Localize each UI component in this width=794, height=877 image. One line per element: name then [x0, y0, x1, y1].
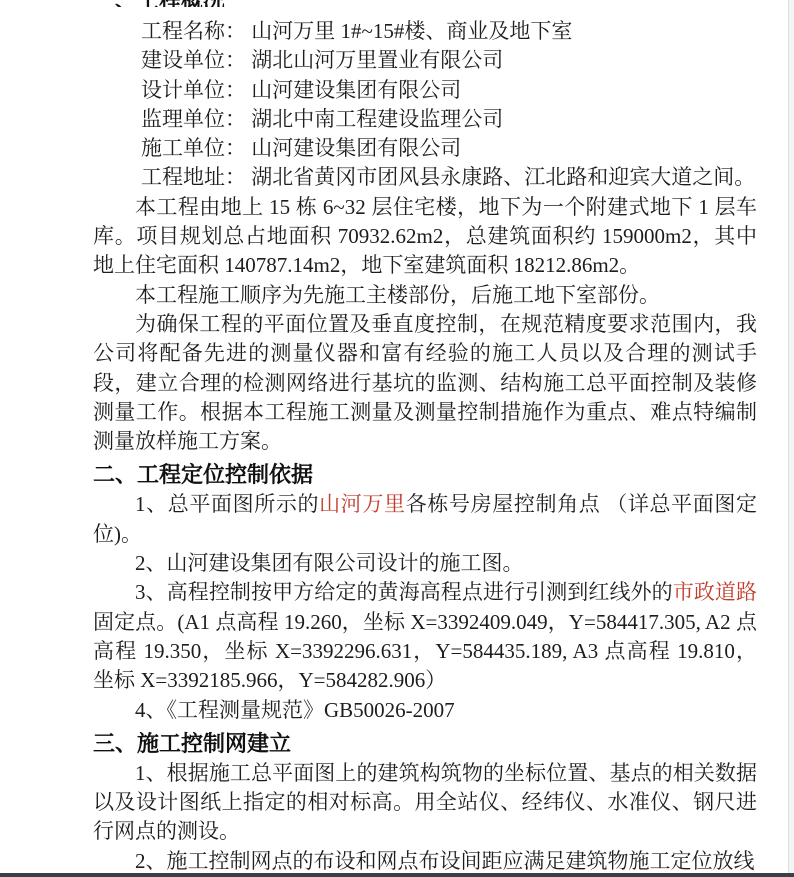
list-item: 2、山河建设集团有限公司设计的施工图。 — [93, 549, 757, 578]
list-item-text: 1、总平面图所示的 — [135, 492, 319, 516]
info-line-designer: 设计单位： 山河建设集团有限公司 — [93, 76, 757, 105]
list-item: 1、总平面图所示的山河万里各栋号房屋控制角点 （详总平面图定位)。 — [93, 490, 757, 549]
paragraph-measures: 为确保工程的平面位置及垂直度控制，在规范精度要求范围内，我公司将配备先进的测量仪… — [93, 310, 757, 456]
section-heading-overview: 一、工程概况 — [93, 0, 513, 7]
page-edge-line — [788, 0, 789, 877]
page-scan-edge — [789, 0, 794, 877]
red-emphasis-project: 山河万里 — [319, 492, 406, 516]
bottom-bar — [0, 873, 794, 877]
list-item-text: 3、高程控制按甲方给定的黄海高程点进行引测到红线外的 — [135, 580, 673, 604]
list-item: 1、根据施工总平面图上的建筑构筑物的坐标位置、基点的相关数据以及设计图纸上指定的… — [93, 759, 757, 847]
list-item: 4、《工程测量规范》GB50026-2007 — [93, 696, 757, 725]
document-page: 一、工程概况 工程名称： 山河万里 1#~15#楼、商业及地下室 建设单位： 湖… — [0, 0, 794, 877]
info-line-address: 工程地址： 湖北省黄冈市团风县永康路、江北路和迎宾大道之间。 — [93, 163, 757, 192]
section-heading-control-network: 三、施工控制网建立 — [93, 729, 757, 759]
section-heading-positioning-basis: 二、工程定位控制依据 — [93, 460, 757, 490]
info-line-contractor: 施工单位： 山河建设集团有限公司 — [93, 134, 757, 163]
list-item: 2、施工控制网点的布设和网点布设间距应满足建筑物施工定位放线 — [93, 847, 757, 876]
document-body: 工程名称： 山河万里 1#~15#楼、商业及地下室 建设单位： 湖北山河万里置业… — [93, 17, 757, 876]
info-line-supervisor: 监理单位： 湖北中南工程建设监理公司 — [93, 105, 757, 134]
list-item: 3、高程控制按甲方给定的黄海高程点进行引测到红线外的市政道路固定点。(A1 点高… — [93, 578, 757, 695]
paragraph-overview: 本工程由地上 15 栋 6~32 层住宅楼，地下为一个附建式地下 1 层车库。项… — [93, 193, 757, 281]
red-emphasis-road: 市政道路 — [673, 580, 757, 604]
cut-heading-clip: 一、工程概况 — [93, 0, 513, 7]
list-item-text: 固定点。(A1 点高程 19.260，坐标 X=3392409.049，Y=58… — [93, 610, 757, 693]
info-line-project-name: 工程名称： 山河万里 1#~15#楼、商业及地下室 — [93, 17, 757, 46]
info-line-owner: 建设单位： 湖北山河万里置业有限公司 — [93, 46, 757, 75]
paragraph-sequence: 本工程施工顺序为先施工主楼部份，后施工地下室部份。 — [93, 281, 757, 310]
